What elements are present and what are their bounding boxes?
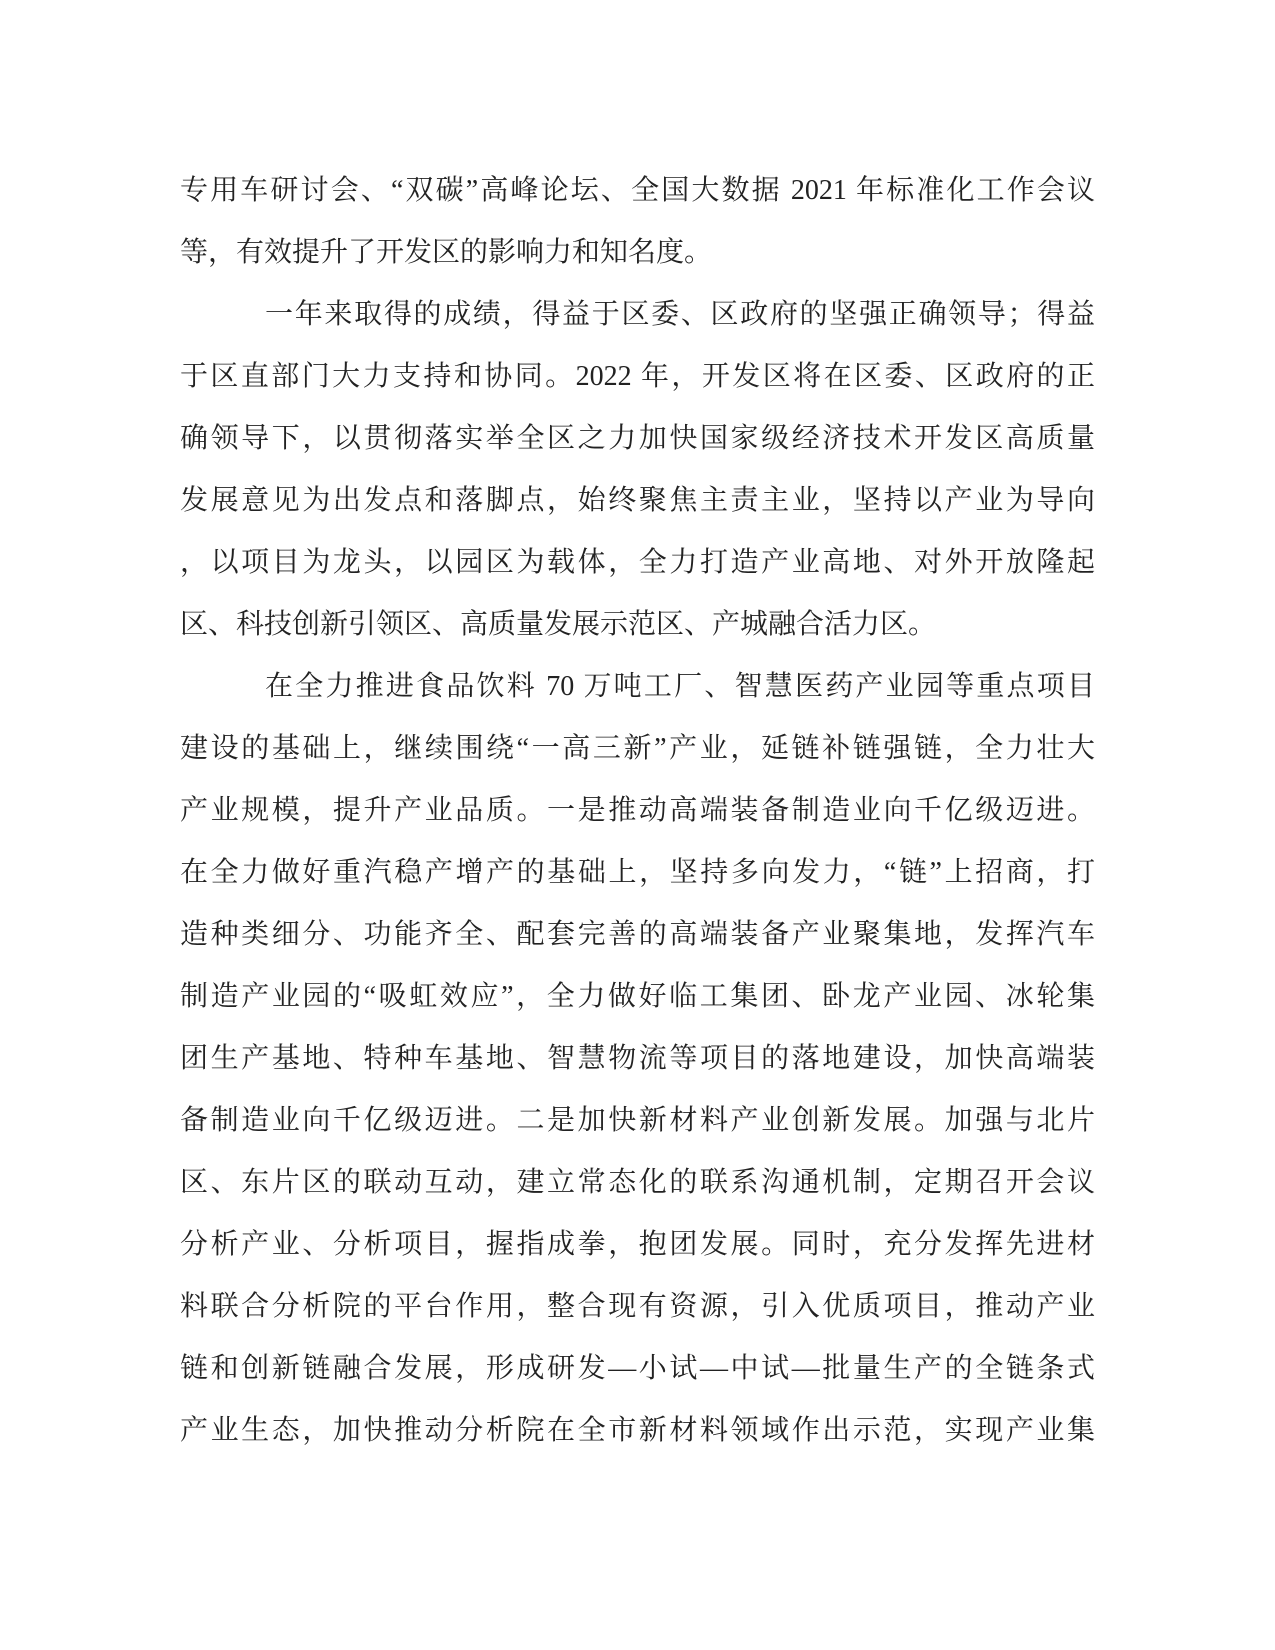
text-line: 产业规模，提升产业品质。一是推动高端装备制造业向千亿级迈进。 — [180, 780, 1095, 842]
text-line: 备制造业向千亿级迈进。二是加快新材料产业创新发展。加强与北片 — [180, 1090, 1095, 1152]
text-line: 于区直部门大力支持和协同。2022 年，开发区将在区委、区政府的正 — [180, 346, 1095, 408]
text-line: 产业生态，加快推动分析院在全市新材料领域作出示范，实现产业集 — [180, 1400, 1095, 1462]
text-line: 料联合分析院的平台作用，整合现有资源，引入优质项目，推动产业 — [180, 1276, 1095, 1338]
text-line: ，以项目为龙头，以园区为载体，全力打造产业高地、对外开放隆起 — [180, 532, 1095, 594]
document-content: 专用车研讨会、“双碳”高峰论坛、全国大数据 2021 年标准化工作会议等，有效提… — [180, 160, 1095, 1462]
text-line: 链和创新链融合发展，形成研发—小试—中试—批量生产的全链条式 — [180, 1338, 1095, 1400]
text-line: 确领导下，以贯彻落实举全区之力加快国家级经济技术开发区高质量 — [180, 408, 1095, 470]
text-line: 团生产基地、特种车基地、智慧物流等项目的落地建设，加快高端装 — [180, 1028, 1095, 1090]
text-line: 区、科技创新引领区、高质量发展示范区、产城融合活力区。 — [180, 594, 1095, 656]
text-line: 等，有效提升了开发区的影响力和知名度。 — [180, 222, 1095, 284]
document-page: 专用车研讨会、“双碳”高峰论坛、全国大数据 2021 年标准化工作会议等，有效提… — [0, 0, 1275, 1650]
text-line: 制造产业园的“吸虹效应”，全力做好临工集团、卧龙产业园、冰轮集 — [180, 966, 1095, 1028]
text-line: 在全力推进食品饮料 70 万吨工厂、智慧医药产业园等重点项目 — [180, 656, 1095, 718]
text-line: 一年来取得的成绩，得益于区委、区政府的坚强正确领导；得益 — [180, 284, 1095, 346]
text-line: 建设的基础上，继续围绕“一高三新”产业，延链补链强链，全力壮大 — [180, 718, 1095, 780]
text-line: 区、东片区的联动互动，建立常态化的联系沟通机制，定期召开会议 — [180, 1152, 1095, 1214]
text-line: 在全力做好重汽稳产增产的基础上，坚持多向发力，“链”上招商，打 — [180, 842, 1095, 904]
text-line: 专用车研讨会、“双碳”高峰论坛、全国大数据 2021 年标准化工作会议 — [180, 160, 1095, 222]
text-line: 分析产业、分析项目，握指成拳，抱团发展。同时，充分发挥先进材 — [180, 1214, 1095, 1276]
text-line: 造种类细分、功能齐全、配套完善的高端装备产业聚集地，发挥汽车 — [180, 904, 1095, 966]
text-line: 发展意见为出发点和落脚点，始终聚焦主责主业，坚持以产业为导向 — [180, 470, 1095, 532]
